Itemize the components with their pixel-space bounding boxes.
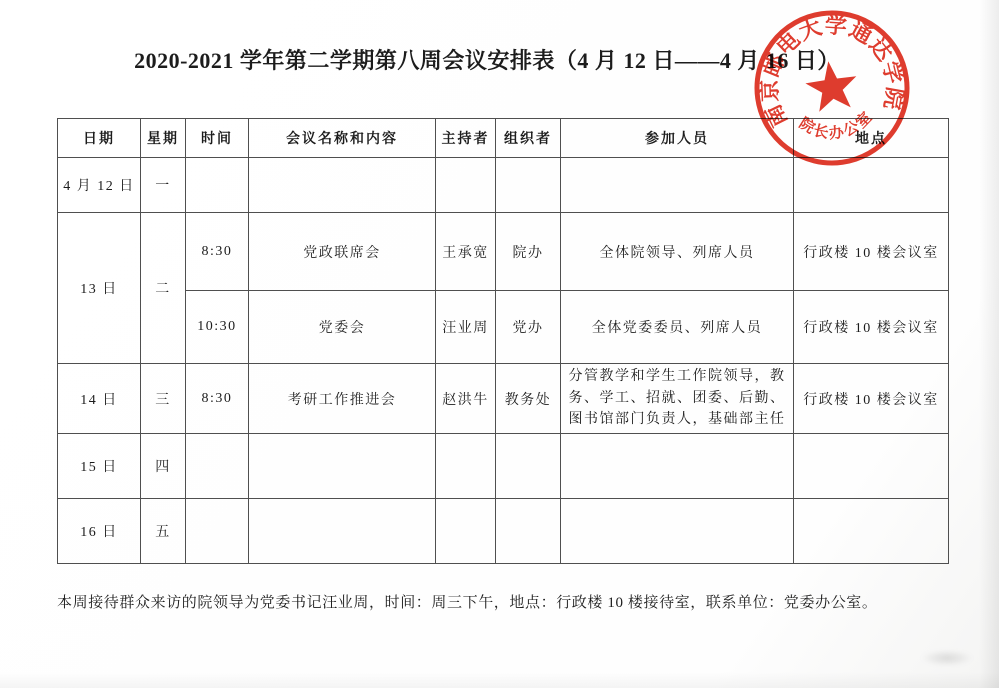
scanned-document-page: 2020-2021 学年第二学期第八周会议安排表（4 月 12 日——4 月 1… <box>0 0 999 688</box>
header-time: 时间 <box>186 119 249 158</box>
header-location: 地点 <box>794 119 949 158</box>
table-row: 14 日 三 8:30 考研工作推进会 赵洪牛 教务处 分管教学和学生工作院领导… <box>58 364 949 434</box>
cell-location: 行政楼 10 楼会议室 <box>794 364 949 434</box>
cell-date: 14 日 <box>58 364 141 434</box>
meeting-schedule-table: 日期 星期 时间 会议名称和内容 主持者 组织者 参加人员 地点 4 月 12 … <box>57 118 949 564</box>
scan-smudge <box>921 650 973 666</box>
cell-participants <box>561 158 794 213</box>
cell-meeting-name: 党政联席会 <box>249 213 436 291</box>
cell-weekday: 一 <box>141 158 186 213</box>
header-weekday: 星期 <box>141 119 186 158</box>
header-organizer: 组织者 <box>496 119 561 158</box>
cell-date: 15 日 <box>58 434 141 499</box>
cell-time <box>186 499 249 564</box>
cell-organizer <box>496 434 561 499</box>
header-date: 日期 <box>58 119 141 158</box>
cell-host <box>436 434 496 499</box>
table-row: 10:30 党委会 汪业周 党办 全体党委委员、列席人员 行政楼 10 楼会议室 <box>58 291 949 364</box>
cell-weekday: 三 <box>141 364 186 434</box>
cell-location <box>794 434 949 499</box>
cell-meeting-name <box>249 158 436 213</box>
cell-time <box>186 158 249 213</box>
cell-weekday: 四 <box>141 434 186 499</box>
cell-weekday: 二 <box>141 213 186 364</box>
table-row: 13 日 二 8:30 党政联席会 王承宽 院办 全体院领导、列席人员 行政楼 … <box>58 213 949 291</box>
cell-location: 行政楼 10 楼会议室 <box>794 291 949 364</box>
cell-participants: 分管教学和学生工作院领导，教务、学工、招就、团委、后勤、图书馆部门负责人，基础部… <box>561 364 794 434</box>
cell-time <box>186 434 249 499</box>
table-row: 16 日 五 <box>58 499 949 564</box>
page-title: 2020-2021 学年第二学期第八周会议安排表（4 月 12 日——4 月 1… <box>12 44 962 75</box>
cell-host <box>436 158 496 213</box>
cell-organizer <box>496 499 561 564</box>
cell-host: 王承宽 <box>436 213 496 291</box>
cell-location <box>794 499 949 564</box>
header-participants: 参加人员 <box>561 119 794 158</box>
table-header-row: 日期 星期 时间 会议名称和内容 主持者 组织者 参加人员 地点 <box>58 119 949 158</box>
cell-participants: 全体党委委员、列席人员 <box>561 291 794 364</box>
header-meeting-name: 会议名称和内容 <box>249 119 436 158</box>
cell-time: 8:30 <box>186 213 249 291</box>
cell-date: 4 月 12 日 <box>58 158 141 213</box>
cell-participants <box>561 434 794 499</box>
cell-weekday: 五 <box>141 499 186 564</box>
cell-organizer <box>496 158 561 213</box>
reception-footer-note: 本周接待群众来访的院领导为党委书记汪业周，时间：周三下午，地点：行政楼 10 楼… <box>57 592 947 615</box>
cell-participants: 全体院领导、列席人员 <box>561 213 794 291</box>
cell-meeting-name <box>249 434 436 499</box>
cell-meeting-name <box>249 499 436 564</box>
cell-time: 10:30 <box>186 291 249 364</box>
cell-host <box>436 499 496 564</box>
cell-participants <box>561 499 794 564</box>
scan-edge-shadow-right <box>979 0 999 688</box>
cell-location: 行政楼 10 楼会议室 <box>794 213 949 291</box>
cell-host: 汪业周 <box>436 291 496 364</box>
cell-meeting-name: 党委会 <box>249 291 436 364</box>
cell-time: 8:30 <box>186 364 249 434</box>
table-row: 4 月 12 日 一 <box>58 158 949 213</box>
cell-date: 16 日 <box>58 499 141 564</box>
cell-organizer: 院办 <box>496 213 561 291</box>
cell-date: 13 日 <box>58 213 141 364</box>
scan-edge-shadow-bottom <box>0 672 999 688</box>
cell-meeting-name: 考研工作推进会 <box>249 364 436 434</box>
cell-location <box>794 158 949 213</box>
cell-organizer: 教务处 <box>496 364 561 434</box>
cell-organizer: 党办 <box>496 291 561 364</box>
cell-host: 赵洪牛 <box>436 364 496 434</box>
header-host: 主持者 <box>436 119 496 158</box>
table-row: 15 日 四 <box>58 434 949 499</box>
